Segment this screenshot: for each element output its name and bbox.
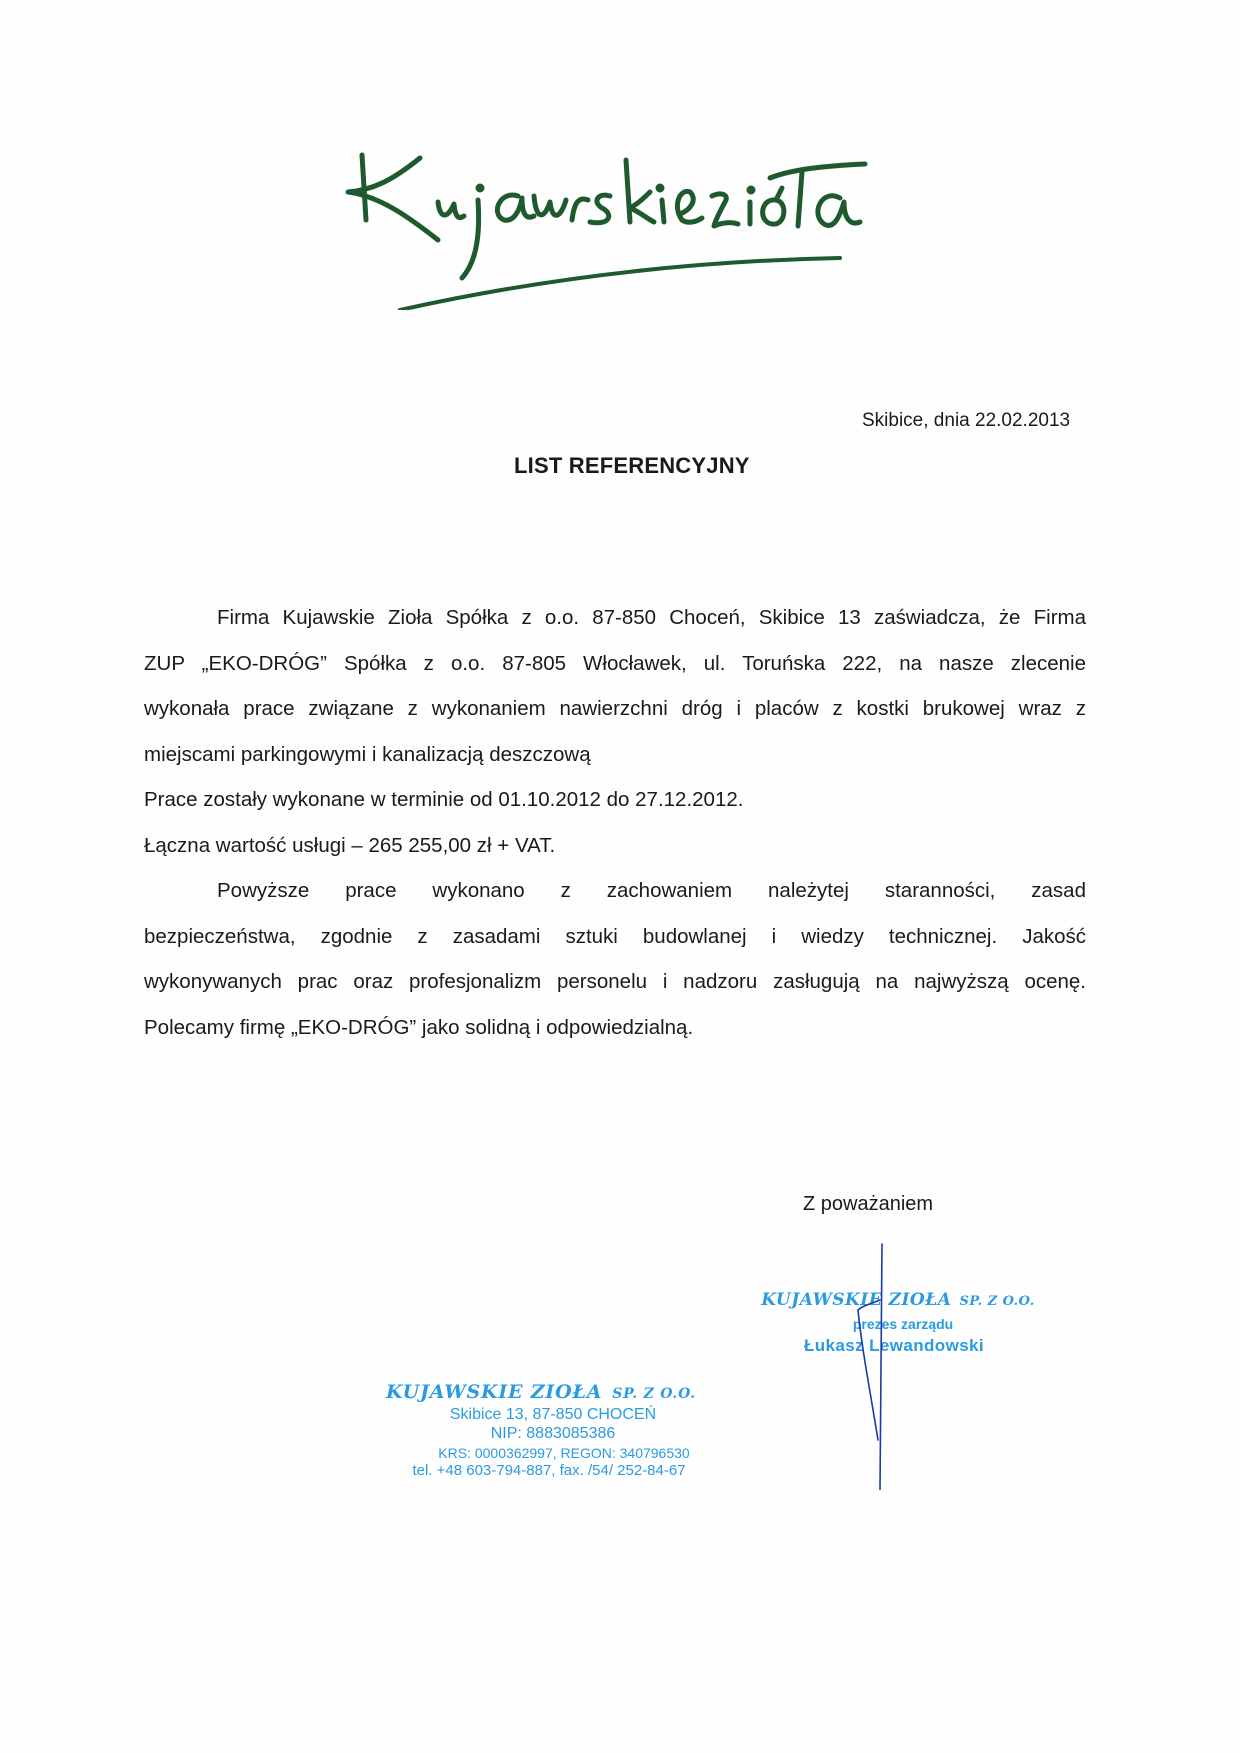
- letter-body: Firma Kujawskie Zioła Spółka z o.o. 87-8…: [144, 595, 1086, 1050]
- stamp-company: KUJAWSKIE ZIOŁASP. Z O.O.: [386, 1381, 718, 1403]
- signatory-stamp: KUJAWSKIE ZIOŁASP. Z O.O. prezes zarządu…: [748, 1290, 1048, 1356]
- body-line: Powyższe prace wykonano z zachowaniem na…: [144, 868, 1086, 914]
- body-line: wykonała prace związane z wykonaniem naw…: [144, 686, 1086, 732]
- body-line: miejscami parkingowymi i kanalizacją des…: [144, 732, 1086, 778]
- body-line: bezpieczeństwa, zgodnie z zasadami sztuk…: [144, 914, 1086, 960]
- company-stamp: KUJAWSKIE ZIOŁASP. Z O.O. Skibice 13, 87…: [388, 1381, 718, 1479]
- stamp-krs-regon: KRS: 0000362997, REGON: 340796530: [410, 1445, 718, 1461]
- stamp-address: Skibice 13, 87-850 CHOCEŃ: [388, 1406, 718, 1424]
- work-period: Prace zostały wykonane w terminie od 01.…: [144, 777, 1086, 823]
- stamp-role: prezes zarządu: [758, 1316, 1048, 1332]
- stamp-nip: NIP: 8883085386: [388, 1425, 718, 1443]
- stamp-company: KUJAWSKIE ZIOŁASP. Z O.O.: [748, 1290, 1048, 1310]
- body-line: Firma Kujawskie Zioła Spółka z o.o. 87-8…: [144, 595, 1086, 641]
- body-line: ZUP „EKO-DRÓG” Spółka z o.o. 87-805 Włoc…: [144, 641, 1086, 687]
- closing-salutation: Z poważaniem: [803, 1193, 933, 1216]
- stamp-contact: tel. +48 603-794-887, fax. /54/ 252-84-6…: [380, 1462, 718, 1479]
- body-line: Polecamy firmę „EKO-DRÓG” jako solidną i…: [144, 1005, 1086, 1051]
- date-line: Skibice, dnia 22.02.2013: [862, 410, 1070, 432]
- stamp-name: Łukasz Lewandowski: [740, 1336, 1048, 1356]
- letter-title: LIST REFERENCYJNY: [514, 453, 750, 479]
- total-value: Łączna wartość usługi – 265 255,00 zł + …: [144, 823, 1086, 869]
- letter-page: Skibice, dnia 22.02.2013 LIST REFERENCYJ…: [0, 0, 1240, 1754]
- body-line: wykonywanych prac oraz profesjonalizm pe…: [144, 959, 1086, 1005]
- signature-icon: [840, 1240, 900, 1490]
- handwritten-logo-icon: [340, 130, 940, 310]
